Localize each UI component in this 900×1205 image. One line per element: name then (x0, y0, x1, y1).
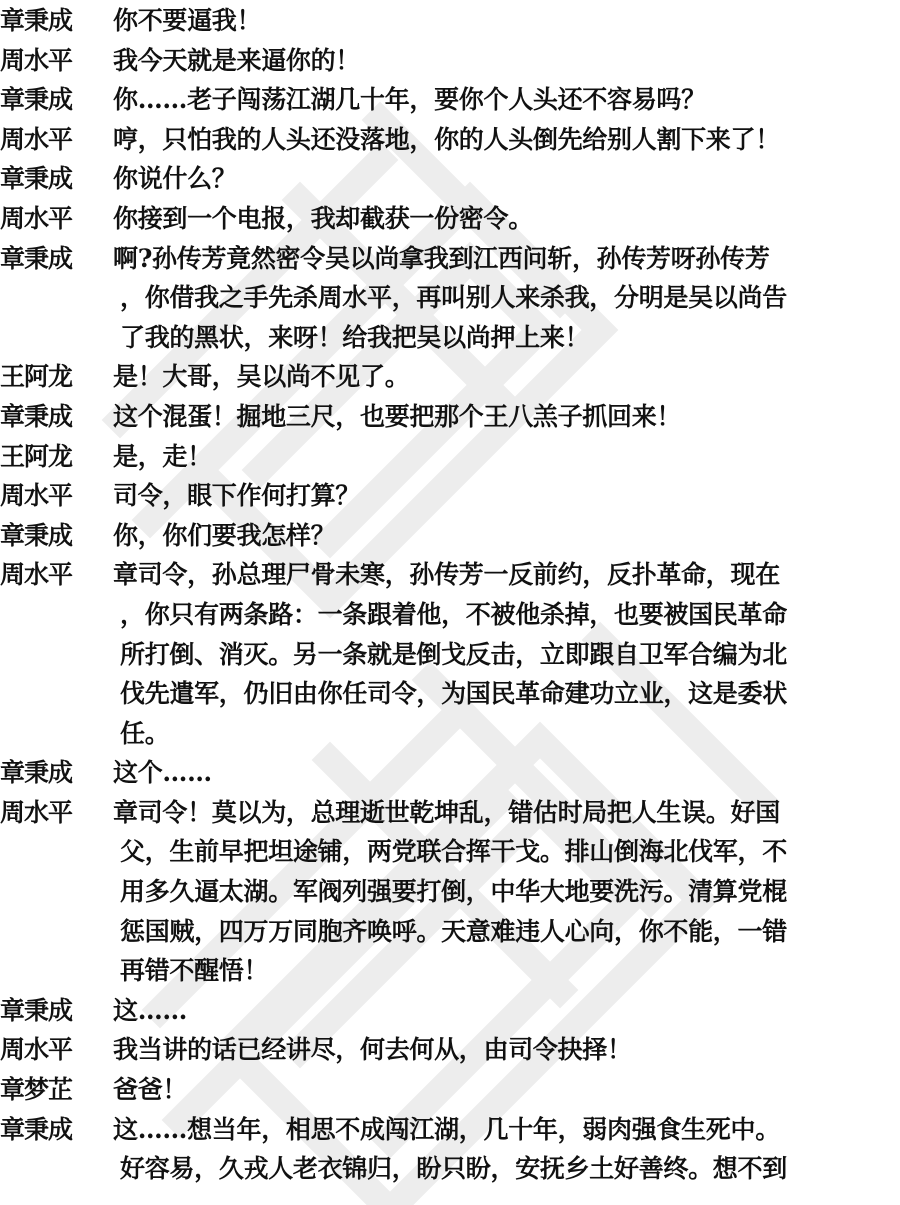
speech-row: 所打倒、消灭。另一条就是倒戈反击，立即跟自卫军合编为北 (113, 635, 900, 675)
dialogue-line: 章秉成你说什么？ (0, 159, 900, 199)
speech-text: 章司令！莫以为，总理逝世乾坤乱，错估时局把人生误。好国父，生前早把坦途铺，两党联… (113, 793, 900, 991)
dialogue-line: 周水平章司令！莫以为，总理逝世乾坤乱，错估时局把人生误。好国父，生前早把坦途铺，… (0, 793, 900, 991)
speech-row: 父，生前早把坦途铺，两党联合挥干戈。排山倒海北伐军，不 (113, 832, 900, 872)
speech-row: 我当讲的话已经讲尽，何去何从，由司令抉择！ (113, 1030, 900, 1070)
dialogue-line: 章秉成这个…… (0, 753, 900, 793)
speech-text: 这个…… (113, 753, 900, 793)
speaker-name: 周水平 (0, 199, 113, 239)
speech-text: 章司令，孙总理尸骨未寒，孙传芳一反前约，反扑革命，现在，你只有两条路：一条跟着他… (113, 555, 900, 753)
speech-row: 再错不醒悟！ (113, 951, 900, 991)
dialogue-line: 章秉成这…… (0, 991, 900, 1031)
speaker-name: 周水平 (0, 476, 113, 516)
speech-row: 用多久逼太湖。军阀列强要打倒，中华大地要洗污。清算党棍 (113, 872, 900, 912)
speech-text: 这……想当年，相思不成闯江湖，几十年，弱肉强食生死中。好容易，久戎人老衣锦归，盼… (113, 1110, 900, 1189)
speech-row: 你不要逼我！ (113, 1, 900, 41)
dialogue-line: 章秉成你……老子闯荡江湖几十年，要你个人头还不容易吗？ (0, 80, 900, 120)
speech-row: 惩国贼，四万万同胞齐唤呼。天意难违人心向，你不能，一错 (113, 912, 900, 952)
speech-text: 啊?孙传芳竟然密令吴以尚拿我到江西问斩，孙传芳呀孙传芳，你借我之手先杀周水平，再… (113, 239, 900, 358)
speech-text: 你不要逼我！ (113, 1, 900, 41)
speaker-name: 周水平 (0, 120, 113, 160)
speech-text: 这…… (113, 991, 900, 1031)
dialogue-line: 章秉成这……想当年，相思不成闯江湖，几十年，弱肉强食生死中。好容易，久戎人老衣锦… (0, 1110, 900, 1189)
dialogue-line: 章秉成啊?孙传芳竟然密令吴以尚拿我到江西问斩，孙传芳呀孙传芳，你借我之手先杀周水… (0, 239, 900, 358)
speaker-name: 周水平 (0, 793, 113, 833)
speech-row: 这…… (113, 991, 900, 1031)
speech-text: 你，你们要我怎样？ (113, 516, 900, 556)
speech-row: 你接到一个电报，我却截获一份密令。 (113, 199, 900, 239)
speaker-name: 章秉成 (0, 1110, 113, 1150)
speech-row: 章司令，孙总理尸骨未寒，孙传芳一反前约，反扑革命，现在 (113, 555, 900, 595)
dialogue-line: 周水平司令，眼下作何打算？ (0, 476, 900, 516)
speech-text: 你说什么？ (113, 159, 900, 199)
play-script: 章秉成你不要逼我！周水平我今天就是来逼你的！章秉成你……老子闯荡江湖几十年，要你… (0, 1, 900, 1189)
dialogue-line: 周水平我今天就是来逼你的！ (0, 41, 900, 81)
speech-text: 你接到一个电报，我却截获一份密令。 (113, 199, 900, 239)
speech-row: ，你只有两条路：一条跟着他，不被他杀掉，也要被国民革命 (113, 595, 900, 635)
speech-text: 爸爸！ (113, 1070, 900, 1110)
speech-text: 我当讲的话已经讲尽，何去何从，由司令抉择！ (113, 1030, 900, 1070)
speaker-name: 章秉成 (0, 516, 113, 556)
speech-row: 伐先遣军，仍旧由你任司令，为国民革命建功立业，这是委状 (113, 674, 900, 714)
speaker-name: 周水平 (0, 1030, 113, 1070)
dialogue-line: 王阿龙是！大哥，吴以尚不见了。 (0, 357, 900, 397)
speech-row: 这个混蛋！掘地三尺，也要把那个王八羔子抓回来！ (113, 397, 900, 437)
speaker-name: 周水平 (0, 41, 113, 81)
speaker-name: 章秉成 (0, 1, 113, 41)
speech-text: 我今天就是来逼你的！ (113, 41, 900, 81)
speech-text: 哼，只怕我的人头还没落地，你的人头倒先给别人割下来了！ (113, 120, 900, 160)
speech-row: 这个…… (113, 753, 900, 793)
speech-text: 是，走！ (113, 437, 900, 477)
speaker-name: 王阿龙 (0, 357, 113, 397)
dialogue-line: 周水平章司令，孙总理尸骨未寒，孙传芳一反前约，反扑革命，现在，你只有两条路：一条… (0, 555, 900, 753)
speaker-name: 章秉成 (0, 239, 113, 279)
speech-row: 啊?孙传芳竟然密令吴以尚拿我到江西问斩，孙传芳呀孙传芳 (113, 239, 900, 279)
speech-row: 好容易，久戎人老衣锦归，盼只盼，安抚乡土好善终。想不到 (113, 1149, 900, 1189)
speech-row: 是，走！ (113, 437, 900, 477)
speech-row: 我今天就是来逼你的！ (113, 41, 900, 81)
speaker-name: 周水平 (0, 555, 113, 595)
dialogue-line: 周水平哼，只怕我的人头还没落地，你的人头倒先给别人割下来了！ (0, 120, 900, 160)
speech-row: 你说什么？ (113, 159, 900, 199)
speech-text: 你……老子闯荡江湖几十年，要你个人头还不容易吗？ (113, 80, 900, 120)
dialogue-line: 章梦芷爸爸！ (0, 1070, 900, 1110)
speaker-name: 章秉成 (0, 159, 113, 199)
dialogue-line: 章秉成你不要逼我！ (0, 1, 900, 41)
dialogue-line: 王阿龙是，走！ (0, 437, 900, 477)
speech-row: 司令，眼下作何打算？ (113, 476, 900, 516)
dialogue-line: 周水平你接到一个电报，我却截获一份密令。 (0, 199, 900, 239)
speech-text: 是！大哥，吴以尚不见了。 (113, 357, 900, 397)
dialogue-line: 章秉成你，你们要我怎样？ (0, 516, 900, 556)
speech-row: 哼，只怕我的人头还没落地，你的人头倒先给别人割下来了！ (113, 120, 900, 160)
speech-row: 任。 (113, 714, 900, 754)
speech-row: 了我的黑状，来呀！给我把吴以尚押上来！ (113, 318, 900, 358)
speech-row: 是！大哥，吴以尚不见了。 (113, 357, 900, 397)
dialogue-line: 章秉成这个混蛋！掘地三尺，也要把那个王八羔子抓回来！ (0, 397, 900, 437)
speech-text: 这个混蛋！掘地三尺，也要把那个王八羔子抓回来！ (113, 397, 900, 437)
speaker-name: 章秉成 (0, 397, 113, 437)
speaker-name: 章梦芷 (0, 1070, 113, 1110)
speech-row: 爸爸！ (113, 1070, 900, 1110)
speech-row: ，你借我之手先杀周水平，再叫别人来杀我，分明是吴以尚告 (113, 278, 900, 318)
speaker-name: 章秉成 (0, 753, 113, 793)
dialogue-line: 周水平我当讲的话已经讲尽，何去何从，由司令抉择！ (0, 1030, 900, 1070)
speech-text: 司令，眼下作何打算？ (113, 476, 900, 516)
speaker-name: 章秉成 (0, 991, 113, 1031)
speech-row: 你……老子闯荡江湖几十年，要你个人头还不容易吗？ (113, 80, 900, 120)
speaker-name: 王阿龙 (0, 437, 113, 477)
speech-row: 章司令！莫以为，总理逝世乾坤乱，错估时局把人生误。好国 (113, 793, 900, 833)
speech-row: 这……想当年，相思不成闯江湖，几十年，弱肉强食生死中。 (113, 1110, 900, 1150)
speech-row: 你，你们要我怎样？ (113, 516, 900, 556)
speaker-name: 章秉成 (0, 80, 113, 120)
